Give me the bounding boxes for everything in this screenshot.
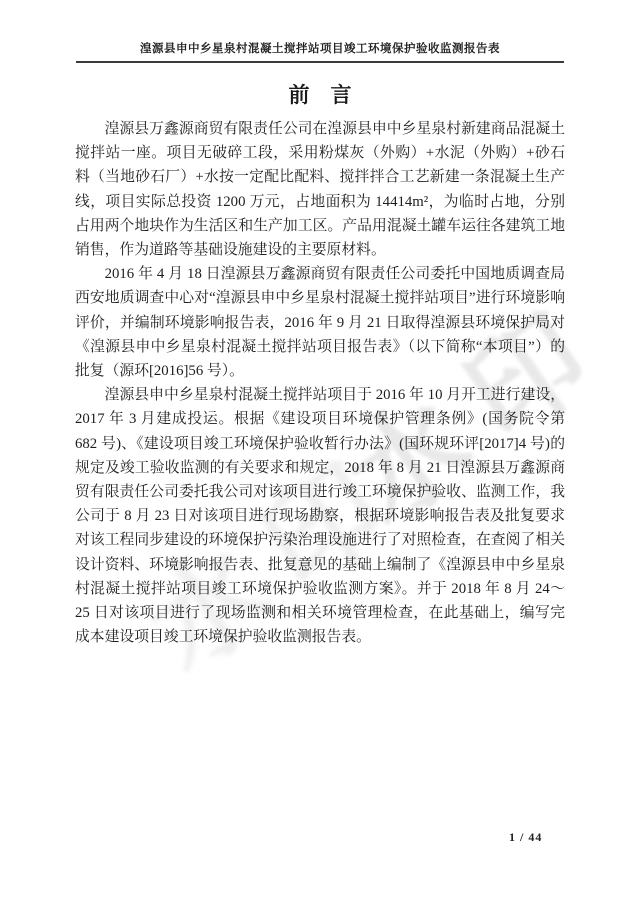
paragraph-acceptance-monitoring: 湟源县申中乡星泉村混凝土搅拌站项目于 2016 年 10 月开工进行建设，201…	[75, 383, 565, 649]
section-title: 前 言	[0, 79, 640, 109]
document-header: 湟源县申中乡星泉村混凝土搅拌站项目竣工环境保护验收监测报告表	[76, 40, 564, 63]
document-header-title: 湟源县申中乡星泉村混凝土搅拌站项目竣工环境保护验收监测报告表	[76, 40, 564, 56]
page-number: 1 / 44	[509, 830, 542, 845]
document-body: 湟源县万鑫源商贸有限责任公司在湟源县申中乡星泉村新建商品混凝土搅拌站一座。项目无…	[75, 117, 565, 649]
document-page: 水印 水印 湟源县申中乡星泉村混凝土搅拌站项目竣工环境保护验收监测报告表 前 言…	[0, 0, 640, 905]
paragraph-project-overview: 湟源县万鑫源商贸有限责任公司在湟源县申中乡星泉村新建商品混凝土搅拌站一座。项目无…	[75, 117, 565, 262]
paragraph-eia-approval: 2016 年 4 月 18 日湟源县万鑫源商贸有限责任公司委托中国地质调查局西安…	[75, 262, 565, 383]
